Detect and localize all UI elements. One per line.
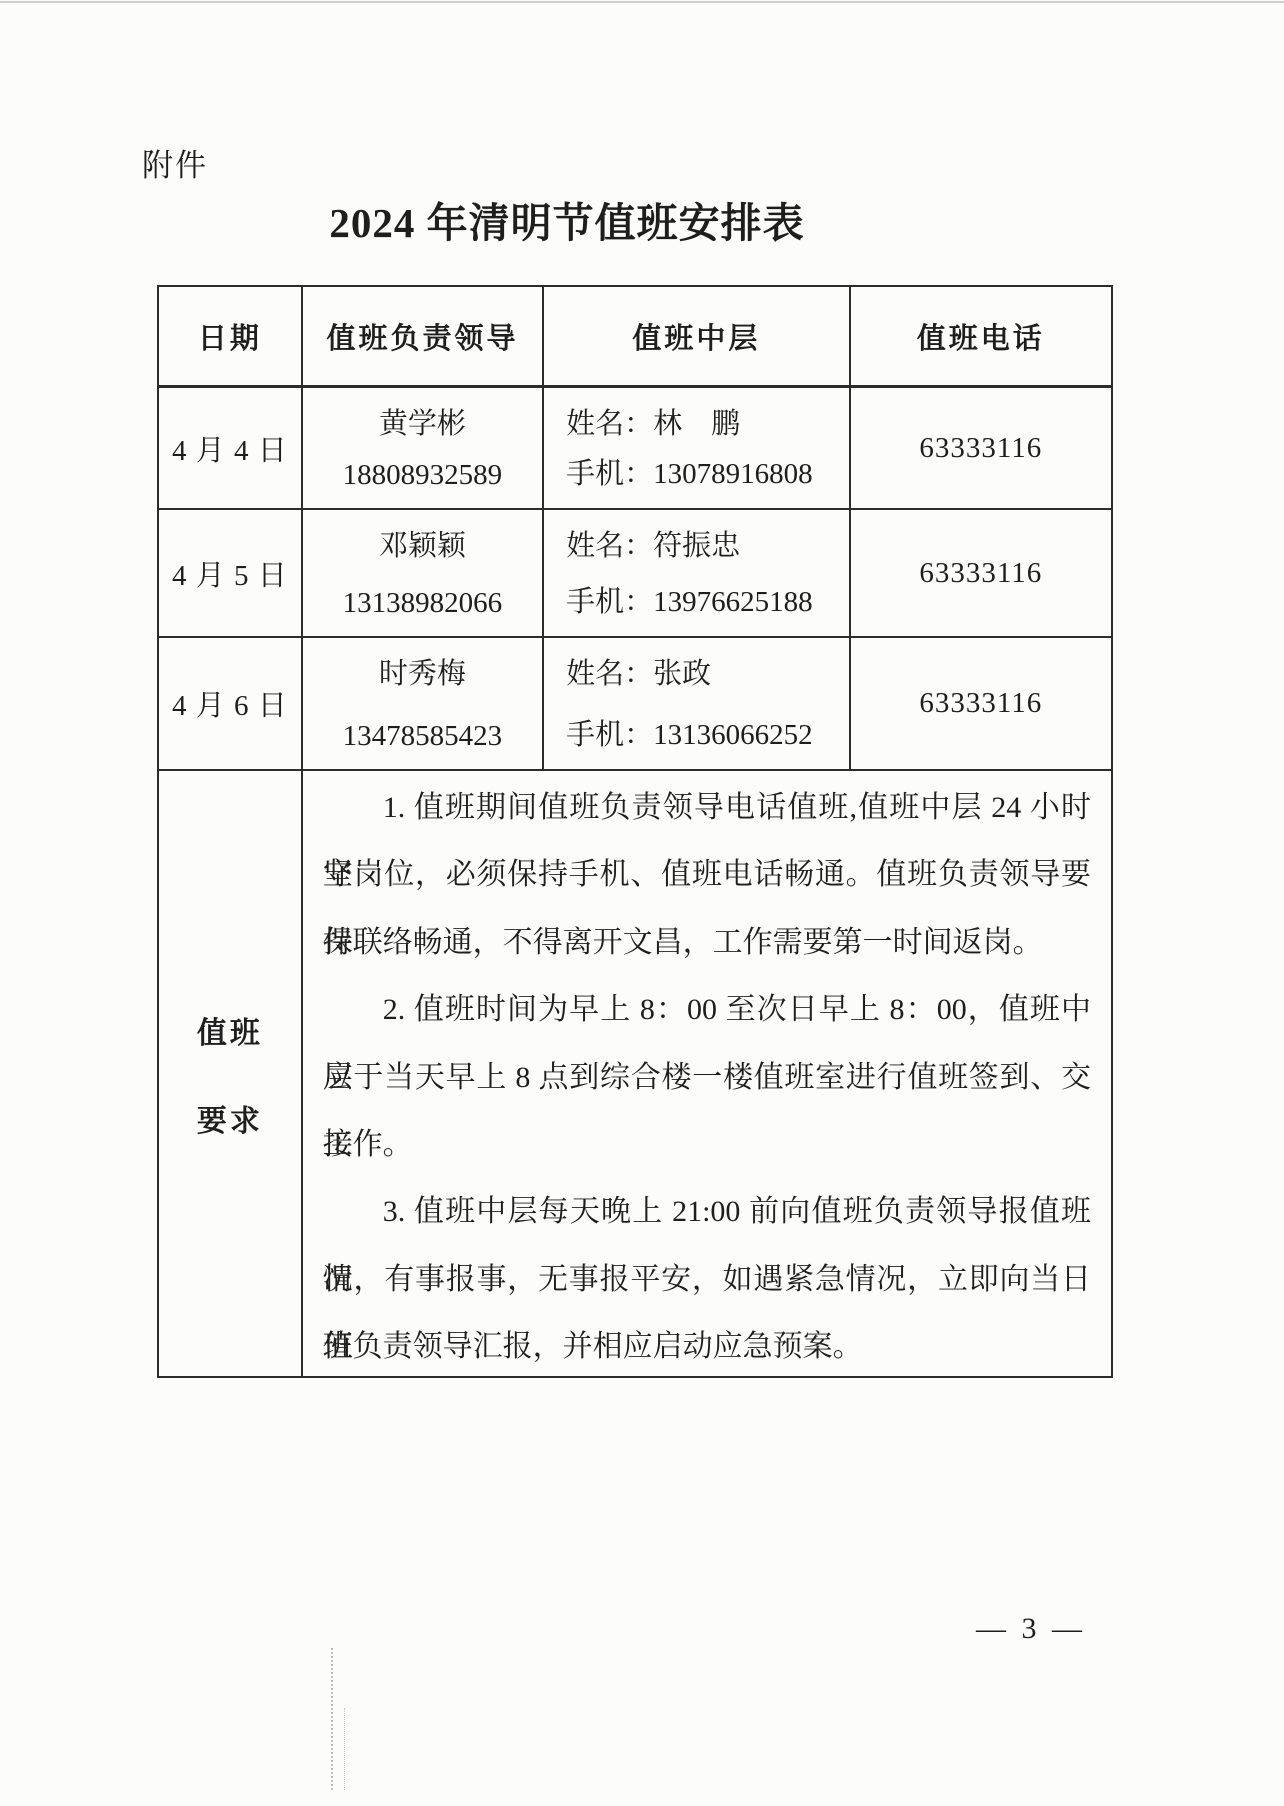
leader-phone: 18808932589 — [343, 459, 503, 492]
leader-name: 邓颖颖 — [379, 523, 466, 564]
duty-phone-cell: 63333116 — [851, 510, 1113, 638]
date-cell: 4 月 6 日 — [159, 638, 303, 771]
requirements-label-line: 值班 — [197, 1008, 263, 1052]
requirements-row: 值班 要求 1. 值班期间值班负责领导电话值班,值班中层 24 小时坚 守岗位，… — [159, 771, 1113, 1378]
table-header-row: 日期 值班负责领导 值班中层 值班电话 — [159, 287, 1113, 388]
middle-cell: 姓名：张政 手机：13136066252 — [544, 638, 850, 771]
scan-artifact-top — [0, 1, 1284, 3]
header-duty-phone: 值班电话 — [851, 287, 1113, 388]
middle-cell: 姓名：符振忠 手机：13976625188 — [544, 510, 850, 638]
date-cell: 4 月 4 日 — [159, 388, 303, 510]
leader-name: 时秀梅 — [379, 651, 466, 692]
requirement-line: 应于当天早上 8 点到综合楼一楼值班室进行值班签到、交接 — [323, 1044, 1091, 1111]
middle-cell: 姓名：林 鹏 手机：13078916808 — [544, 388, 850, 510]
middle-name: 姓名：林 鹏 — [566, 401, 740, 442]
duty-phone-cell: 63333116 — [851, 388, 1113, 510]
requirement-line: 守岗位，必须保持手机、值班电话畅通。值班负责领导要保 — [323, 841, 1091, 908]
date-cell: 4 月 5 日 — [159, 510, 303, 638]
requirements-text: 1. 值班期间值班负责领导电话值班,值班中层 24 小时坚 守岗位，必须保持手机… — [303, 771, 1113, 1378]
duty-schedule-table: 日期 值班负责领导 值班中层 值班电话 4 月 4 日 黄学彬 18808932… — [157, 285, 1113, 1378]
document-page: 附件 2024 年清明节值班安排表 日期 值班负责领导 值班中层 值班电话 4 … — [0, 0, 1284, 1806]
middle-phone: 手机：13078916808 — [566, 451, 813, 492]
middle-phone: 手机：13976625188 — [566, 579, 813, 620]
requirement-line: 况，有事报事，无事报平安，如遇紧急情况，立即向当日值 — [323, 1246, 1091, 1313]
requirement-line: 1. 值班期间值班负责领导电话值班,值班中层 24 小时坚 — [323, 774, 1091, 841]
duty-phone-cell: 63333116 — [851, 638, 1113, 771]
table-row: 4 月 4 日 黄学彬 18808932589 姓名：林 鹏 手机：130789… — [159, 388, 1113, 510]
leader-name: 黄学彬 — [379, 401, 466, 442]
leader-cell: 黄学彬 18808932589 — [303, 388, 544, 510]
requirement-line: 班负责领导汇报，并相应启动应急预案。 — [323, 1313, 1091, 1378]
middle-name: 姓名：符振忠 — [566, 523, 740, 564]
header-duty-leader: 值班负责领导 — [303, 287, 545, 388]
leader-cell: 时秀梅 13478585423 — [303, 638, 544, 771]
leader-phone: 13138982066 — [343, 587, 503, 620]
requirement-line: 工作。 — [323, 1111, 1091, 1178]
requirements-label: 值班 要求 — [159, 771, 303, 1378]
page-number: — 3 — — [931, 1612, 1131, 1646]
attachment-label: 附件 — [142, 140, 208, 185]
requirements-label-line: 要求 — [197, 1096, 263, 1140]
page-title: 2024 年清明节值班安排表 — [0, 190, 1134, 249]
leader-phone: 13478585423 — [343, 720, 503, 753]
table-row: 4 月 5 日 邓颖颖 13138982066 姓名：符振忠 手机：139766… — [159, 510, 1113, 638]
scan-artifact-vertical — [331, 1648, 333, 1790]
middle-name: 姓名：张政 — [566, 651, 711, 692]
requirement-line: 持联络畅通，不得离开文昌，工作需要第一时间返岗。 — [323, 909, 1091, 976]
header-duty-middle: 值班中层 — [544, 287, 850, 388]
header-date: 日期 — [159, 287, 303, 388]
middle-phone: 手机：13136066252 — [566, 712, 813, 753]
requirement-line: 2. 值班时间为早上 8：00 至次日早上 8：00，值班中层 — [323, 976, 1091, 1043]
scan-artifact-vertical — [344, 1708, 345, 1790]
requirement-line: 3. 值班中层每天晚上 21:00 前向值班负责领导报值班情 — [323, 1178, 1091, 1245]
table-row: 4 月 6 日 时秀梅 13478585423 姓名：张政 手机：1313606… — [159, 638, 1113, 771]
leader-cell: 邓颖颖 13138982066 — [303, 510, 544, 638]
